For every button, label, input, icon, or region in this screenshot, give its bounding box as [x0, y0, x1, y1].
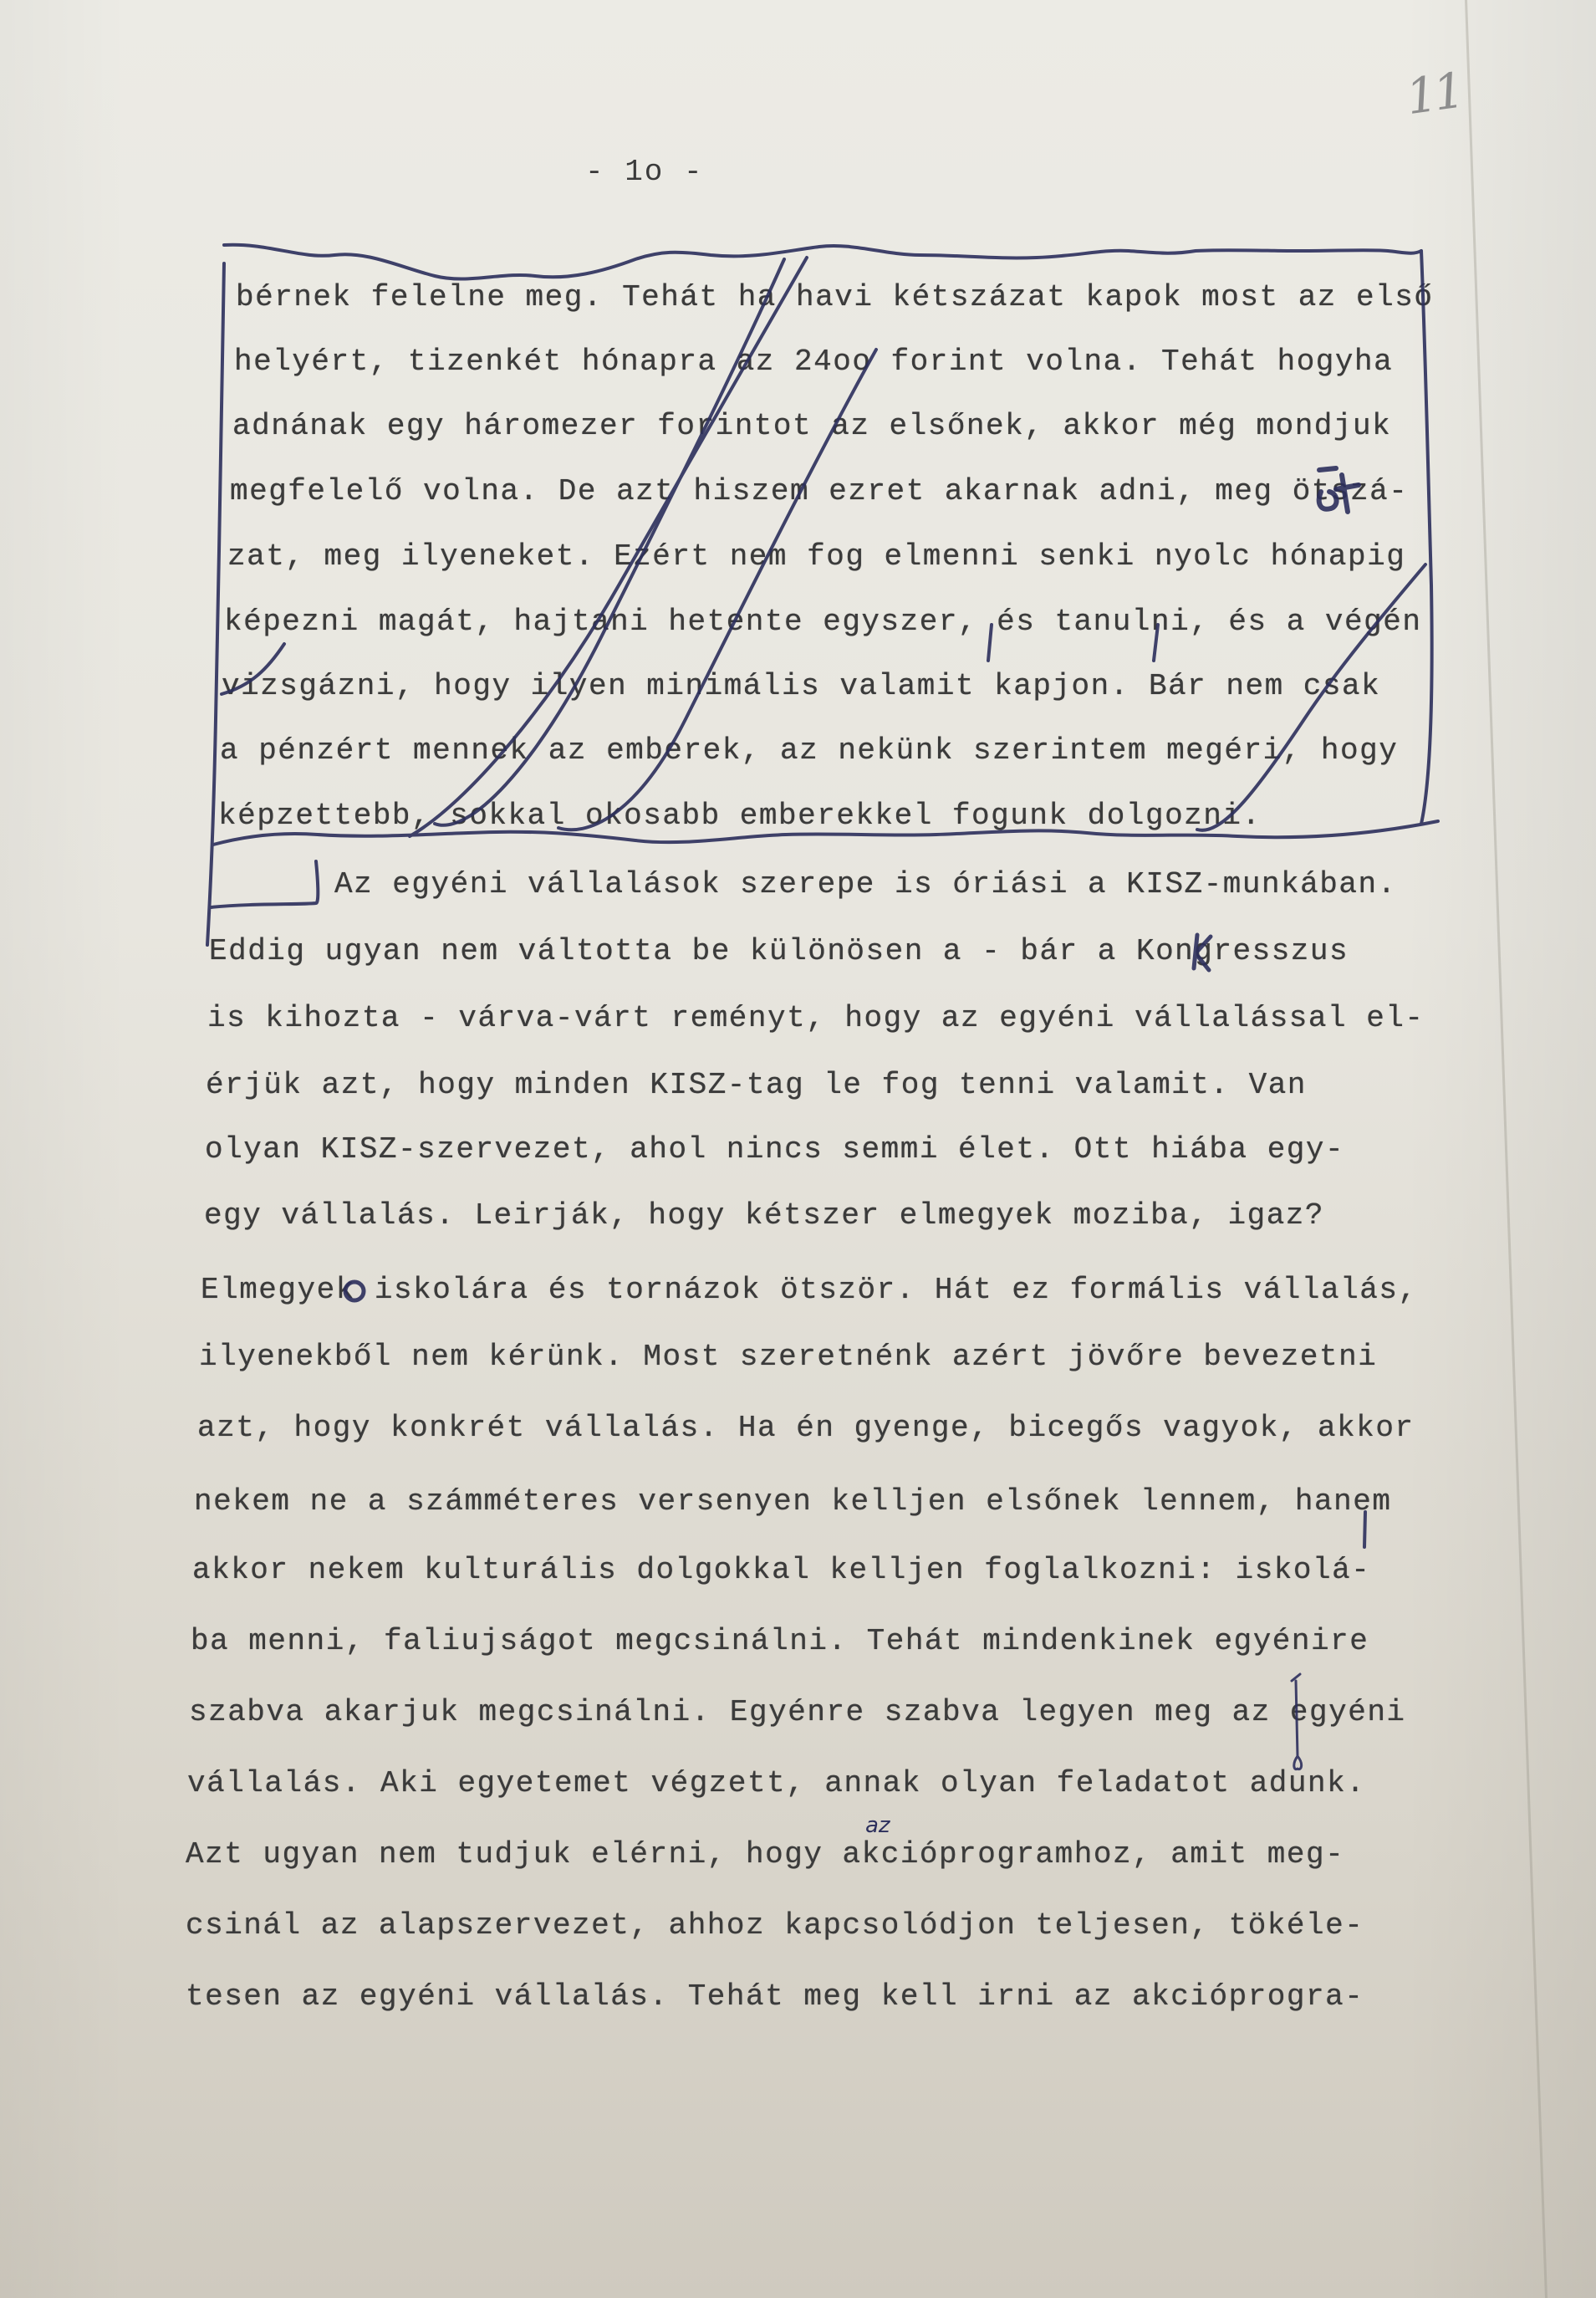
archive-page-number: 11	[1403, 62, 1466, 125]
struck-line: a pénzért mennek az emberek, az nekünk s…	[220, 736, 1398, 766]
struck-line: vizsgázni, hogy ilyen minimális valamit …	[222, 672, 1380, 702]
body-line: olyan KISZ-szervezet, ahol nincs semmi é…	[205, 1135, 1344, 1165]
body-line: ba menni, faliujságot megcsinálni. Tehát…	[191, 1626, 1369, 1657]
struck-line: megfelelő volna. De azt hiszem ezret aka…	[230, 477, 1408, 507]
body-line: akkor nekem kulturális dolgokkal kelljen…	[192, 1555, 1370, 1586]
struck-line: adnának egy háromezer forintot az elsőne…	[232, 411, 1391, 442]
struck-line: képezni magát, hajtani hetente egyszer, …	[224, 607, 1421, 637]
body-line: érjük azt, hogy minden KISZ-tag le fog t…	[206, 1070, 1307, 1100]
left-border	[207, 263, 224, 945]
body-line: Az egyéni vállalások szerepe is óriási a…	[334, 870, 1397, 900]
body-line: Azt ugyan nem tudjuk elérni, hogy akcióp…	[186, 1840, 1344, 1870]
body-line: azt, hogy konkrét vállalás. Ha én gyenge…	[197, 1413, 1415, 1443]
body-line: vállalás. Aki egyetemet végzett, annak o…	[187, 1769, 1365, 1799]
body-line: egy vállalás. Leirják, hogy kétszer elme…	[204, 1201, 1324, 1231]
struck-line: zat, meg ilyeneket. Ezért nem fog elmenn…	[227, 542, 1405, 572]
body-line: Elmegyek iskolára és tornázok ötször. Há…	[201, 1275, 1418, 1305]
body-line: Eddig ugyan nem váltotta be különösen a …	[209, 937, 1349, 967]
handwritten-insertion-az: az	[865, 1813, 890, 1838]
struck-line: bérnek felelne meg. Tehát ha havi kétszá…	[236, 283, 1433, 313]
wavy-top-border	[224, 245, 1421, 279]
struck-line: képzettebb, sokkal okosabb emberekkel fo…	[218, 801, 1262, 831]
typed-page-number: - 1o -	[585, 155, 704, 189]
return-bracket	[211, 861, 318, 907]
page-edge	[1465, 0, 1548, 2298]
body-line: ilyenekből nem kérünk. Most szeretnénk a…	[199, 1342, 1377, 1372]
body-line: nekem ne a számméteres versenyen kelljen…	[194, 1487, 1391, 1517]
body-line: is kihozta - várva-várt reményt, hogy az…	[207, 1003, 1425, 1034]
body-line: tesen az egyéni vállalás. Tehát meg kell…	[186, 1982, 1364, 2012]
struck-line: helyért, tizenkét hónapra az 24oo forint…	[234, 347, 1393, 377]
body-line: csinál az alapszervezet, ahhoz kapcsolód…	[186, 1911, 1364, 1941]
right-border	[1421, 251, 1432, 824]
body-line: szabva akarjuk megcsinálni. Egyénre szab…	[189, 1698, 1406, 1728]
